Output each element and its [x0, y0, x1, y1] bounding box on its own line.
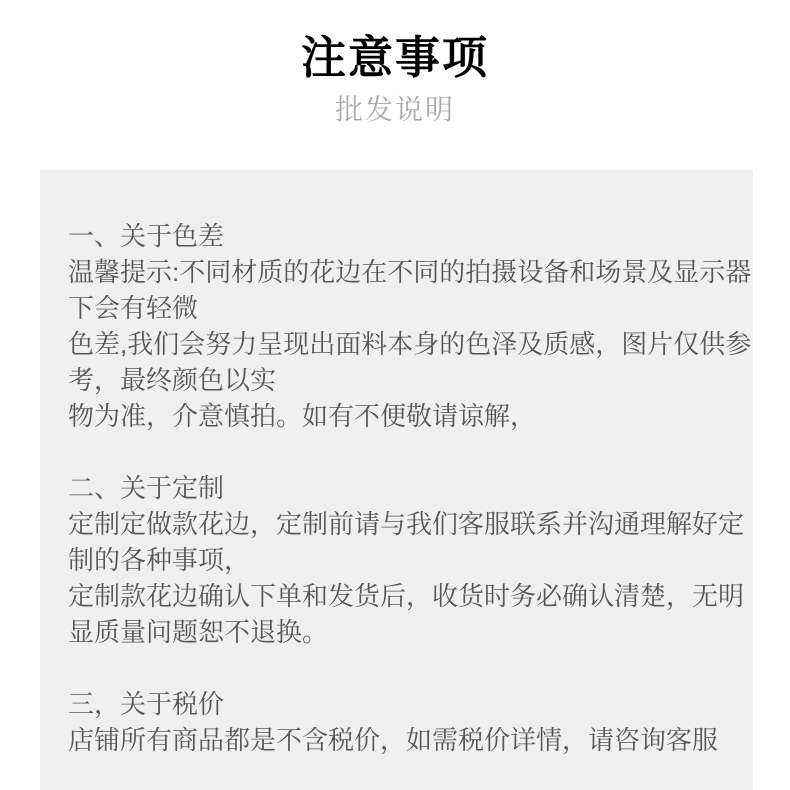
- notice-box: 一、关于色差 温馨提示:不同材质的花边在不同的拍摄设备和场景及显示器 下会有轻微…: [40, 170, 753, 790]
- page-header: 注意事项 批发说明: [0, 0, 790, 127]
- section-customization: 二、关于定制 定制定做款花边，定制前请与我们客服联系并沟通理解好定 制的各种事项…: [68, 470, 739, 650]
- notice-page: 注意事项 批发说明 一、关于色差 温馨提示:不同材质的花边在不同的拍摄设备和场景…: [0, 0, 790, 790]
- section-color-difference: 一、关于色差 温馨提示:不同材质的花边在不同的拍摄设备和场景及显示器 下会有轻微…: [68, 218, 739, 434]
- section-tax-price: 三，关于税价 店铺所有商品都是不含税价，如需税价详情，请咨询客服: [68, 686, 739, 758]
- page-title: 注意事项: [0, 0, 790, 83]
- page-subtitle: 批发说明: [0, 93, 790, 127]
